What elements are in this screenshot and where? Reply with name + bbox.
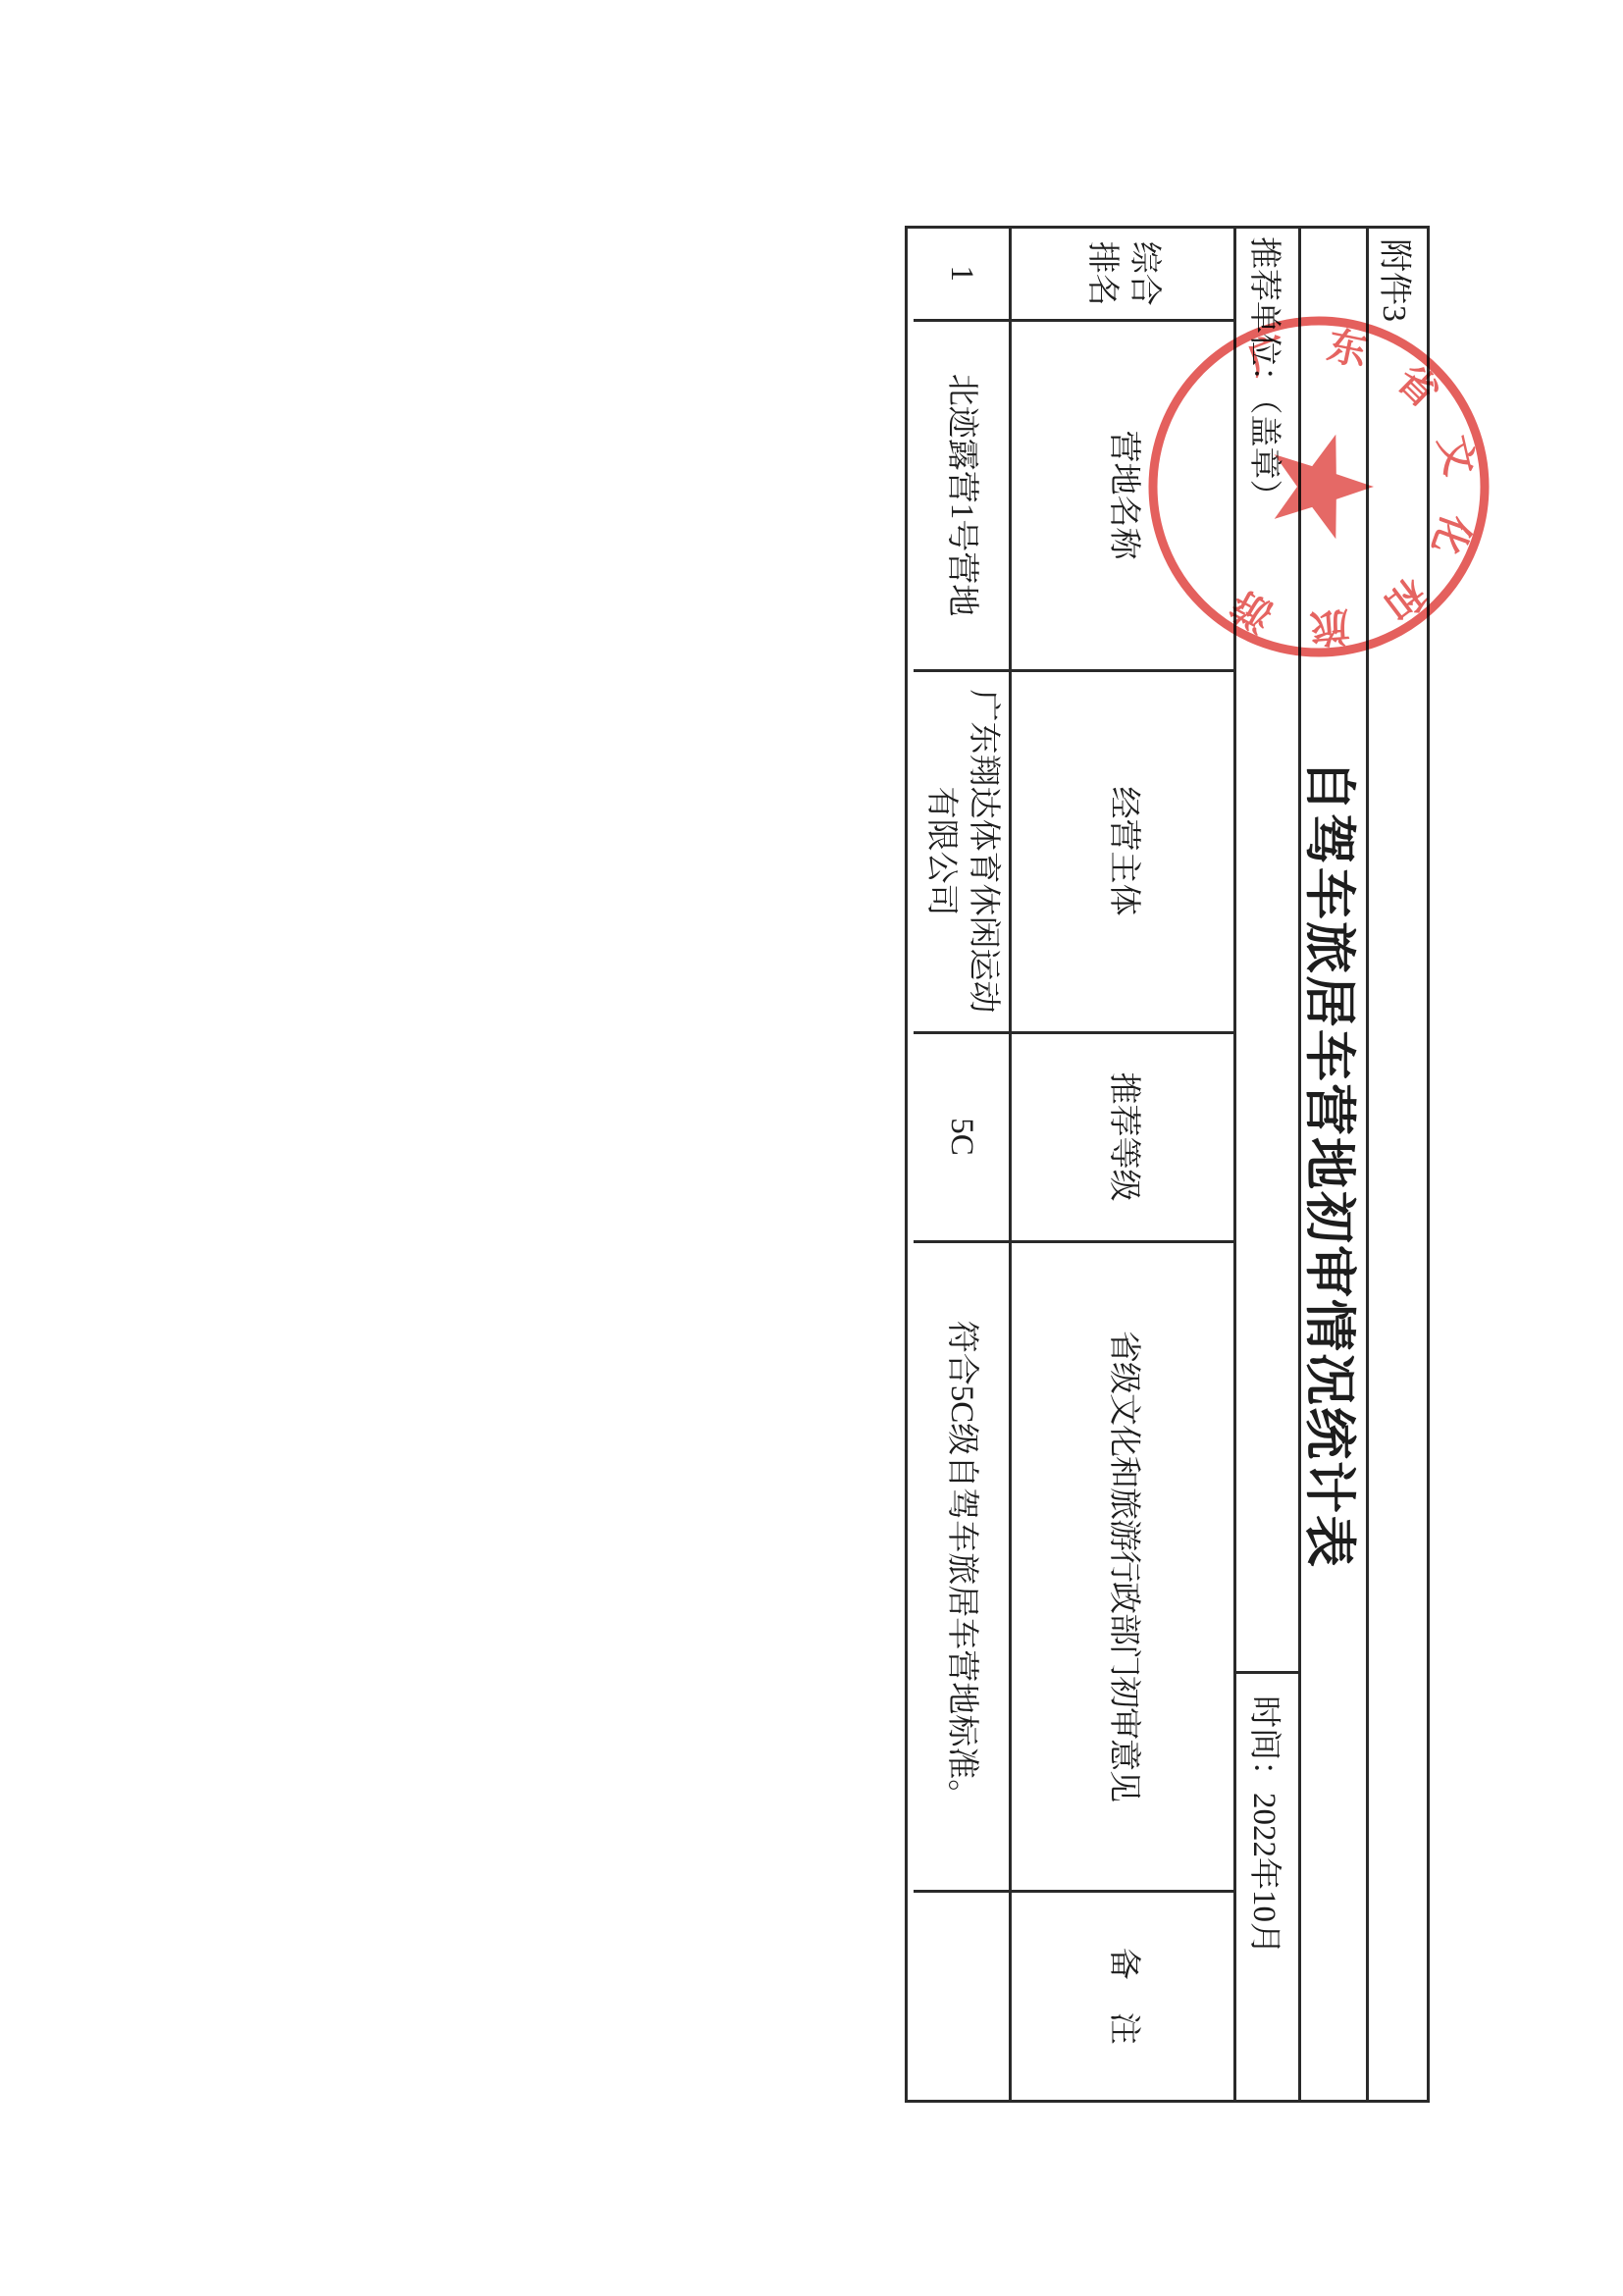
meta-row: 推荐单位：（盖章） 时间：2022年10月 bbox=[1233, 229, 1298, 2100]
cell-rank: 1 bbox=[914, 229, 1011, 320]
cell-operator: 广东翔达体育休闲运动 有限公司 bbox=[914, 670, 1011, 1032]
cell-camp-name: 北迹露营1号营地 bbox=[914, 320, 1011, 670]
cell-review-opinion: 符合5C级自驾车旅居车营地标准。 bbox=[914, 1241, 1011, 1891]
table-data-row: 1 北迹露营1号营地 广东翔达体育休闲运动 有限公司 5C 符合5C级自驾车旅居… bbox=[914, 229, 1011, 2100]
scanned-page: 附件3 自驾车旅居车营地初审情况统计表 推荐单位：（盖章） 时间：2022年10… bbox=[0, 0, 1623, 2296]
document-title: 自驾车旅居车营地初审情况统计表 bbox=[1296, 759, 1371, 1569]
header-cell-grade: 推荐等级 bbox=[1011, 1032, 1233, 1241]
date-label: 时间：2022年10月 bbox=[1244, 1696, 1290, 1955]
header-cell-operator: 经营主体 bbox=[1011, 670, 1233, 1032]
cell-grade: 5C bbox=[914, 1032, 1011, 1241]
header-cell-camp-name: 营地名称 bbox=[1011, 320, 1233, 670]
header-cell-rank: 综合 排名 bbox=[1011, 229, 1233, 320]
attachment-label: 附件3 bbox=[1374, 238, 1422, 322]
header-cell-review-opinion: 省级文化和旅游行政部门初审意见 bbox=[1011, 1241, 1233, 1891]
title-row: 自驾车旅居车营地初审情况统计表 bbox=[1298, 229, 1366, 2100]
table-header-row: 综合 排名 营地名称 经营主体 推荐等级 省级文化和旅游行政部门初审意见 备 注 bbox=[1011, 229, 1233, 2100]
date-cell: 时间：2022年10月 bbox=[1236, 1674, 1298, 2100]
recommender-label: 推荐单位：（盖章） bbox=[1244, 236, 1290, 512]
header-cell-remarks: 备 注 bbox=[1011, 1891, 1233, 2100]
review-table: 综合 排名 营地名称 经营主体 推荐等级 省级文化和旅游行政部门初审意见 备 注… bbox=[914, 229, 1233, 2100]
cell-remarks bbox=[914, 1891, 1011, 2100]
recommender-cell: 推荐单位：（盖章） bbox=[1236, 229, 1298, 1674]
attachment-row: 附件3 bbox=[1366, 229, 1427, 2100]
scan-document: 附件3 自驾车旅居车营地初审情况统计表 推荐单位：（盖章） 时间：2022年10… bbox=[905, 226, 1430, 2103]
